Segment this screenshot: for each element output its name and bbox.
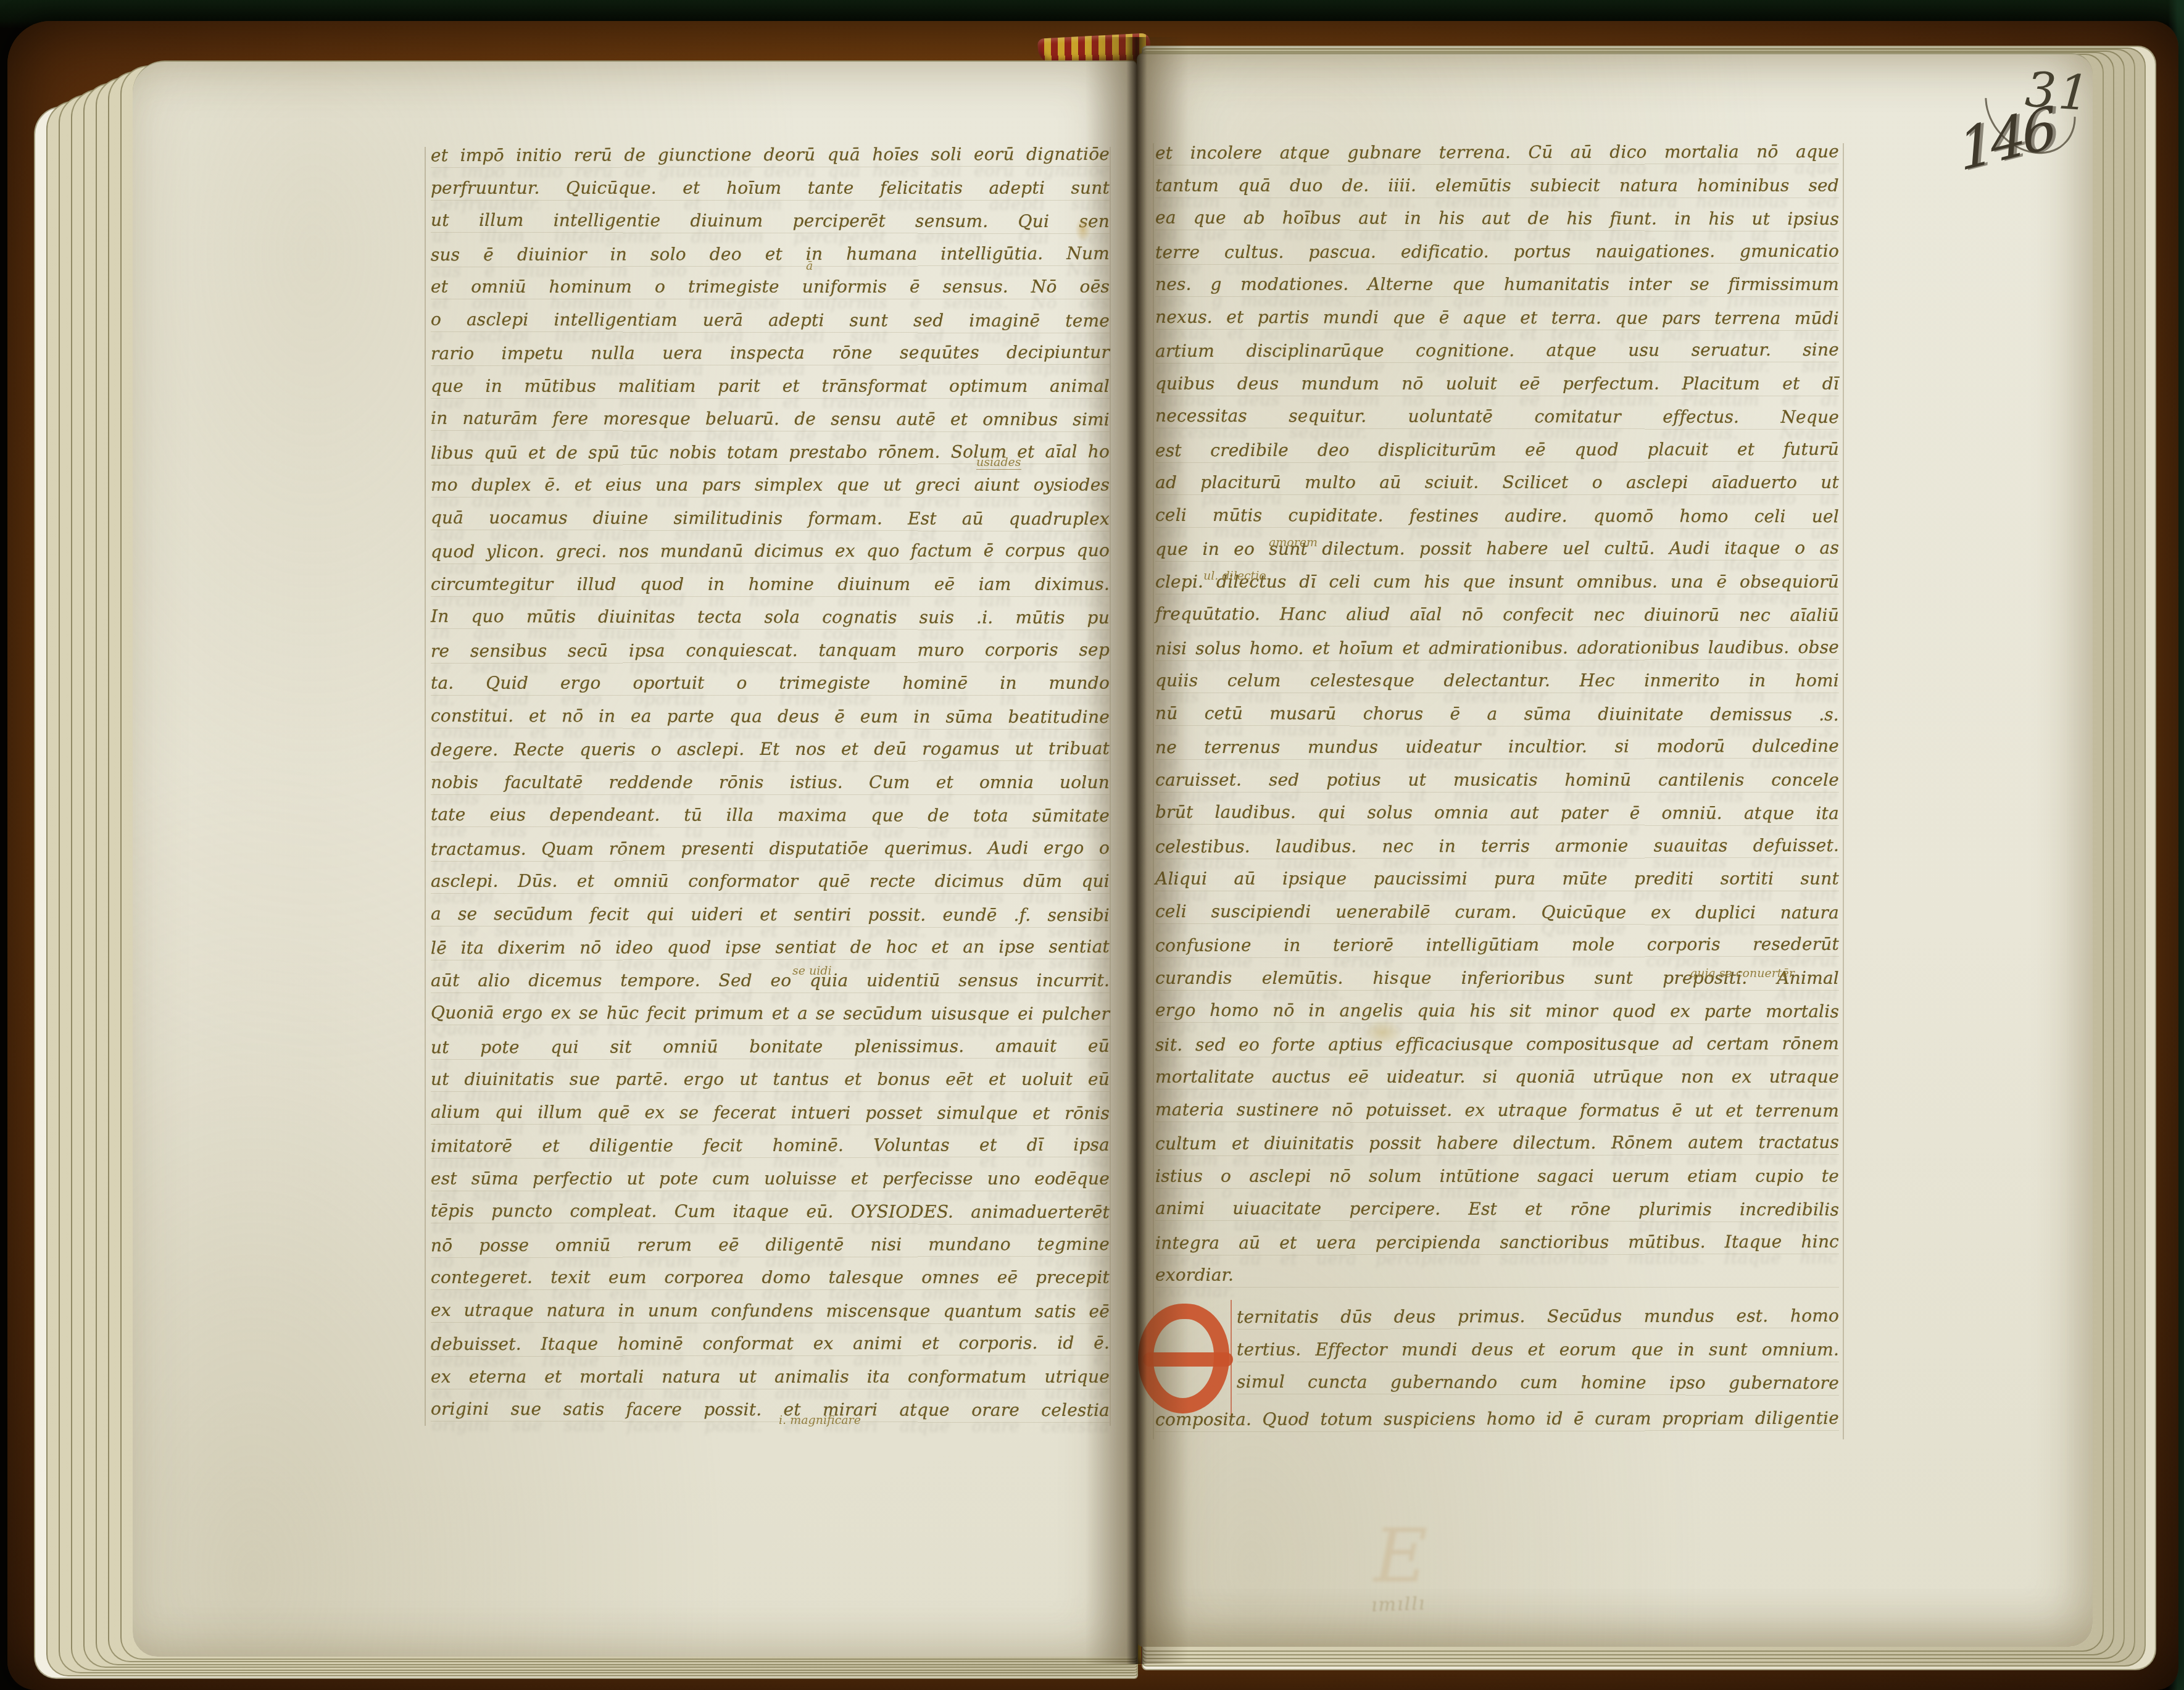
left-page-text: et impō initio rerū de giunctione deorū …: [431, 138, 1110, 1426]
manuscript-line: sit. sed eo forte aptius efficaciusque c…: [1155, 1026, 1839, 1061]
manuscript-line: asclepi. Dūs. et omniū conformator quē r…: [431, 865, 1110, 898]
manuscript-line: ut pote qui sit omniū bonitate plenissim…: [431, 1029, 1110, 1064]
manuscript-line: ternitatis dūs deus primus. Secūdus mund…: [1237, 1299, 1839, 1334]
interlinear-note: amorem: [1269, 536, 1318, 549]
manuscript-line: alium qui illum quē ex se fecerat intuer…: [431, 1095, 1110, 1130]
manuscript-line: frequūtatio. Hanc aliud aīal nō confecit…: [1155, 597, 1839, 632]
right-page-left-ruling: [1153, 143, 1154, 1439]
manuscript-line: sus ē diuinior in solo deo et in humana …: [431, 236, 1110, 271]
interlinear-note: ul. dilectio: [1203, 569, 1266, 583]
right-page-paragraph2-lastline: composita. Quod totum suspiciens homo id…: [1155, 1402, 1839, 1436]
manuscript-line: imitatorē et diligentie fecit hominē. Vo…: [431, 1128, 1110, 1163]
right-page-paragraph2: ternitatis dūs deus primus. Secūdus mund…: [1237, 1300, 1839, 1399]
manuscript-line: nobis facultatē reddende rōnis istius. C…: [431, 766, 1110, 799]
manuscript-line: constitui. et nō in ea parte qua deus ē …: [431, 699, 1110, 733]
manuscript-line: celi suscipiendi uenerabilē curam. Quicū…: [1155, 894, 1839, 929]
manuscript-line: mortalitate auctus eē uideatur. si quoni…: [1155, 1060, 1839, 1094]
manuscript-line: ne terrenus mundus uideatur incultior. s…: [1155, 730, 1839, 764]
manuscript-line: istius o asclepi nō solum intūtione saga…: [1155, 1160, 1839, 1193]
manuscript-line: contegeret. texit eum corporea domo tale…: [431, 1261, 1110, 1294]
manuscript-line: simul cuncta gubernando cum homine ipso …: [1237, 1365, 1839, 1400]
manuscript-line: ta. Quid ergo oportuit o trimegiste homi…: [431, 667, 1110, 700]
interlinear-note: ā: [806, 259, 813, 273]
manuscript-line: Aliqui aū ipsique paucissimi pura mūte p…: [1155, 862, 1839, 896]
manuscript-line: terre cultus. pascua. edificatio. portus…: [1155, 234, 1839, 268]
manuscript-line: confusione in teriorē intelligūtiam mole…: [1155, 928, 1839, 962]
manuscript-line: necessitas sequitur. uoluntatē comitatur…: [1155, 399, 1839, 434]
manuscript-line: et impō initio rerū de giunctione deorū …: [431, 138, 1110, 172]
manuscript-line: quiis celum celestesque delectantur. Hec…: [1155, 664, 1839, 697]
manuscript-photo: { "folio": { "number": "31", "old_mark":…: [0, 0, 2184, 1690]
manuscript-line: exordiar.: [1155, 1259, 1839, 1292]
interlinear-note: quia se conuertēr: [1690, 967, 1795, 980]
manuscript-line: in naturām fere moresque beluarū. de sen…: [431, 402, 1110, 436]
manuscript-line: ea que ab hoībus aut in his aut de his f…: [1155, 201, 1839, 236]
manuscript-line: materia sustinere nō potuisset. ex utraq…: [1155, 1093, 1839, 1127]
manuscript-line: caruisset. sed potius ut musicatis homin…: [1155, 764, 1839, 797]
manuscript-line: quibus deus mundum nō uoluit eē perfectu…: [1155, 367, 1839, 401]
manuscript-line: est sūma perfectio ut pote cum uoluisse …: [431, 1162, 1110, 1196]
manuscript-line: ex utraque natura in unum confundens mis…: [431, 1293, 1110, 1328]
manuscript-line: et incolere atque gubnare terrena. Cū aū…: [1155, 135, 1839, 170]
manuscript-line: tate eius dependeant. tū illa maxima que…: [431, 798, 1110, 833]
right-page-right-ruling: [1843, 143, 1844, 1439]
manuscript-line: quā uocamus diuine similitudinis formam.…: [431, 501, 1110, 535]
right-page-text: et incolere atque gubnare terrena. Cū aū…: [1155, 136, 1839, 1292]
manuscript-line: et omniū hominum o trimegiste uniformis …: [431, 270, 1110, 304]
manuscript-line: tractamus. Quam rōnem presenti disputati…: [431, 831, 1110, 865]
manuscript-line: tantum quā duo de. iiii. elemūtis subiec…: [1155, 169, 1839, 202]
manuscript-line: perfruuntur. Quicūque. et hoīum tante fe…: [431, 172, 1110, 205]
manuscript-line: nes. g modationes. Alterne que humanitat…: [1155, 268, 1839, 301]
manuscript-line: debuisset. Itaque hominē conformat ex an…: [431, 1326, 1110, 1361]
manuscript-line: composita. Quod totum suspiciens homo id…: [1155, 1402, 1839, 1436]
initial-letter: E: [1163, 1341, 1181, 1369]
interlinear-note: usiades: [976, 456, 1021, 470]
manuscript-line: ex eterna et mortali natura ut animalis …: [431, 1360, 1110, 1394]
manuscript-line: a se secūdum fecit qui uideri et sentiri…: [431, 897, 1110, 931]
manuscript-line: integra aū et uera percipienda sanctiori…: [1155, 1225, 1839, 1259]
manuscript-line: celestibus. laudibus. nec in terris armo…: [1155, 828, 1839, 863]
manuscript-line: Quoniā ergo ex se hūc fecit primum et a …: [431, 996, 1110, 1031]
initial-crossbar: [1143, 1352, 1233, 1367]
manuscript-line: rario impetu nulla uera inspecta rōne se…: [431, 336, 1110, 370]
manuscript-line: celi mūtis cupiditate. festines audire. …: [1155, 498, 1839, 533]
parchment-stain-small: [1075, 217, 1091, 242]
manuscript-line: lē ita dixerim nō ideo quod ipse sentiat…: [431, 930, 1110, 965]
manuscript-line: nisi solus homo. et hoīum et admirationi…: [1155, 630, 1839, 665]
manuscript-line: animi uiuacitate percipere. Est et rōne …: [1155, 1192, 1839, 1226]
manuscript-line: tēpis puncto compleat. Cum itaque eū. OY…: [431, 1194, 1110, 1229]
left-page-right-ruling: [1110, 147, 1111, 1426]
manuscript-line: brūt laudibus. qui solus omnia aut pater…: [1155, 796, 1839, 830]
manuscript-line: cultum et diuinitatis possit habere dile…: [1155, 1126, 1839, 1160]
manuscript-line: aūt alio dicemus tempore. Sed eo quia ui…: [431, 964, 1110, 997]
manuscript-line: quod ylicon. greci. nos mundanū dicimus …: [431, 534, 1110, 568]
interlinear-note: se uidi: [792, 964, 832, 978]
manuscript-line: mo duplex ē. et eius una pars simplex qu…: [431, 468, 1110, 502]
interlinear-note: i. magnificare: [779, 1413, 861, 1427]
manuscript-line: ut illum intelligentie diuinum perciperē…: [431, 204, 1110, 238]
manuscript-line: origini sue satis facere possit. et mira…: [431, 1392, 1110, 1427]
manuscript-line: ut diuinitatis sue partē. ergo ut tantus…: [431, 1063, 1110, 1096]
manuscript-line: circumtegitur illud quod in homine diuin…: [431, 568, 1110, 601]
manuscript-line: tertius. Effector mundi deus et eorum qu…: [1237, 1333, 1839, 1367]
rubric-initial-E: E: [1138, 1304, 1229, 1413]
manuscript-line: nū cetū musarū chorus ē a sūma diuinitat…: [1155, 696, 1839, 731]
manuscript-line: est credibile deo displiciturūm eē quod …: [1155, 432, 1839, 467]
manuscript-line: nō posse omniū rerum eē diligentē nisi m…: [431, 1227, 1110, 1262]
left-page-left-ruling: [425, 147, 426, 1426]
manuscript-line: re sensibus secū ipsa conquiescat. tanqu…: [431, 633, 1110, 667]
manuscript-line: degere. Recte queris o asclepi. Et nos e…: [431, 732, 1110, 767]
manuscript-line: artium disciplinarūque cognitione. atque…: [1155, 333, 1839, 368]
manuscript-line: ad placiturū multo aū sciuit. Scilicet o…: [1155, 466, 1839, 499]
manuscript-line: que in eo sunt dilectum. possit habere u…: [1155, 531, 1839, 566]
parchment-stain: [1363, 1020, 1402, 1046]
manuscript-line: ergo homo nō in angelis quia his sit min…: [1155, 994, 1839, 1028]
faint-offset-initial: E: [1374, 1513, 1428, 1599]
manuscript-line: o asclepi intelligentiam uerā adepti sun…: [431, 302, 1110, 337]
manuscript-line: que in mūtibus malitiam parit et trānsfo…: [431, 370, 1110, 403]
manuscript-line: nexus. et partis mundi que ē aque et ter…: [1155, 300, 1839, 335]
faint-offset-script: ımıllı: [1371, 1592, 1426, 1616]
manuscript-line: In quo mūtis diuinitas tecta sola cognat…: [431, 600, 1110, 635]
